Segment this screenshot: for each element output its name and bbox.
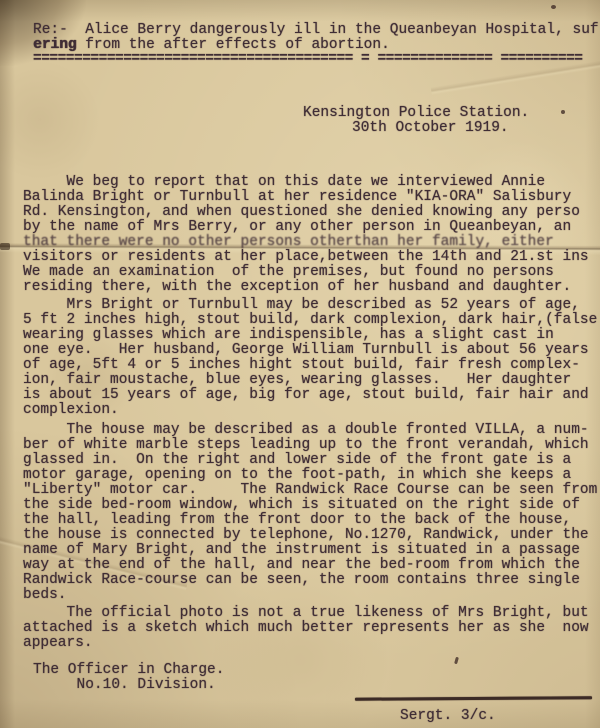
- text-line: visitors or residents at her place,betwe…: [23, 250, 589, 265]
- ink-speck: [561, 110, 565, 114]
- fold-crease-edge-notch: [0, 243, 10, 250]
- text-line: is about 15 years of age, big for age, s…: [23, 388, 597, 403]
- subject-line-1: Re:- Alice Berry dangerously ill in the …: [33, 23, 599, 38]
- station-line-block: Kensington Police Station.: [303, 106, 529, 121]
- text-line: that there were no other persons otherth…: [23, 235, 589, 250]
- closing-line-2: No.10. Division.: [33, 678, 224, 693]
- text-line: by the name of Mrs Berry, or any other p…: [23, 220, 589, 235]
- text-line: ion, fair moustache, blue eyes, wearing …: [23, 373, 597, 388]
- text-line: residing there, with the exception of he…: [23, 280, 589, 295]
- text-line: beds.: [23, 588, 597, 603]
- text-line: "Liberty" motor car. The Randwick Race C…: [23, 483, 597, 498]
- text-line: one eye. Her husband, George William Tur…: [23, 343, 597, 358]
- text-line: complexion.: [23, 403, 597, 418]
- text-line: The house may be described as a double f…: [23, 423, 597, 438]
- text-line: We made an examination of the premises, …: [23, 265, 589, 280]
- text-line: Rd. Kensington, and when questioned she …: [23, 205, 589, 220]
- text-line: of age, 5ft 4 or 5 inches hight stout bu…: [23, 358, 597, 373]
- document-page: Re:- Alice Berry dangerously ill in the …: [0, 0, 600, 728]
- subject-underline: ======================================= …: [33, 52, 599, 67]
- text-line: 5 ft 2 inches high, stout build, dark co…: [23, 313, 597, 328]
- text-line: the house is connected by telephone, No.…: [23, 528, 597, 543]
- text-line: We beg to report that on this date we in…: [23, 175, 589, 190]
- signature-rank: Sergt. 3/c.: [400, 709, 496, 724]
- station-line: Kensington Police Station.: [303, 106, 529, 121]
- text-line: glassed in. On the right and lower side …: [23, 453, 597, 468]
- text-line: the side bed-room window, which is situa…: [23, 498, 597, 513]
- text-line: motor garage, opening on to the foot-pat…: [23, 468, 597, 483]
- text-line: Balinda Bright or Turnbull at her reside…: [23, 190, 589, 205]
- text-line: ber of white marble steps leading up to …: [23, 438, 597, 453]
- text-line: way at the end of the hall, and near the…: [23, 558, 597, 573]
- paragraph-2: Mrs Bright or Turnbull may be described …: [23, 298, 597, 418]
- ink-speck: [551, 5, 556, 9]
- date-line-block: 30th October 1919.: [352, 121, 509, 136]
- text-line: wearing glasses which are indispensible,…: [23, 328, 597, 343]
- text-line: attached is a sketch which much better r…: [23, 621, 589, 636]
- closing-block: The Officer in Charge. No.10. Division.: [33, 663, 224, 693]
- paragraph-4: The official photo is not a true likenes…: [23, 606, 589, 651]
- text-line: Randwick Race-course can be seen, the ro…: [23, 573, 597, 588]
- text-line: appears.: [23, 636, 589, 651]
- text-line: name of Mary Bright, and the instrument …: [23, 543, 597, 558]
- date-line: 30th October 1919.: [352, 121, 509, 136]
- paragraph-1: We beg to report that on this date we in…: [23, 175, 589, 295]
- paragraph-3: The house may be described as a double f…: [23, 423, 597, 603]
- subject-block: Re:- Alice Berry dangerously ill in the …: [33, 23, 599, 67]
- closing-line-1: The Officer in Charge.: [33, 663, 224, 678]
- text-line: Mrs Bright or Turnbull may be described …: [23, 298, 597, 313]
- text-line: the hall, leading from the front door to…: [23, 513, 597, 528]
- text-line: The official photo is not a true likenes…: [23, 606, 589, 621]
- signature-rank-block: Sergt. 3/c.: [400, 709, 496, 724]
